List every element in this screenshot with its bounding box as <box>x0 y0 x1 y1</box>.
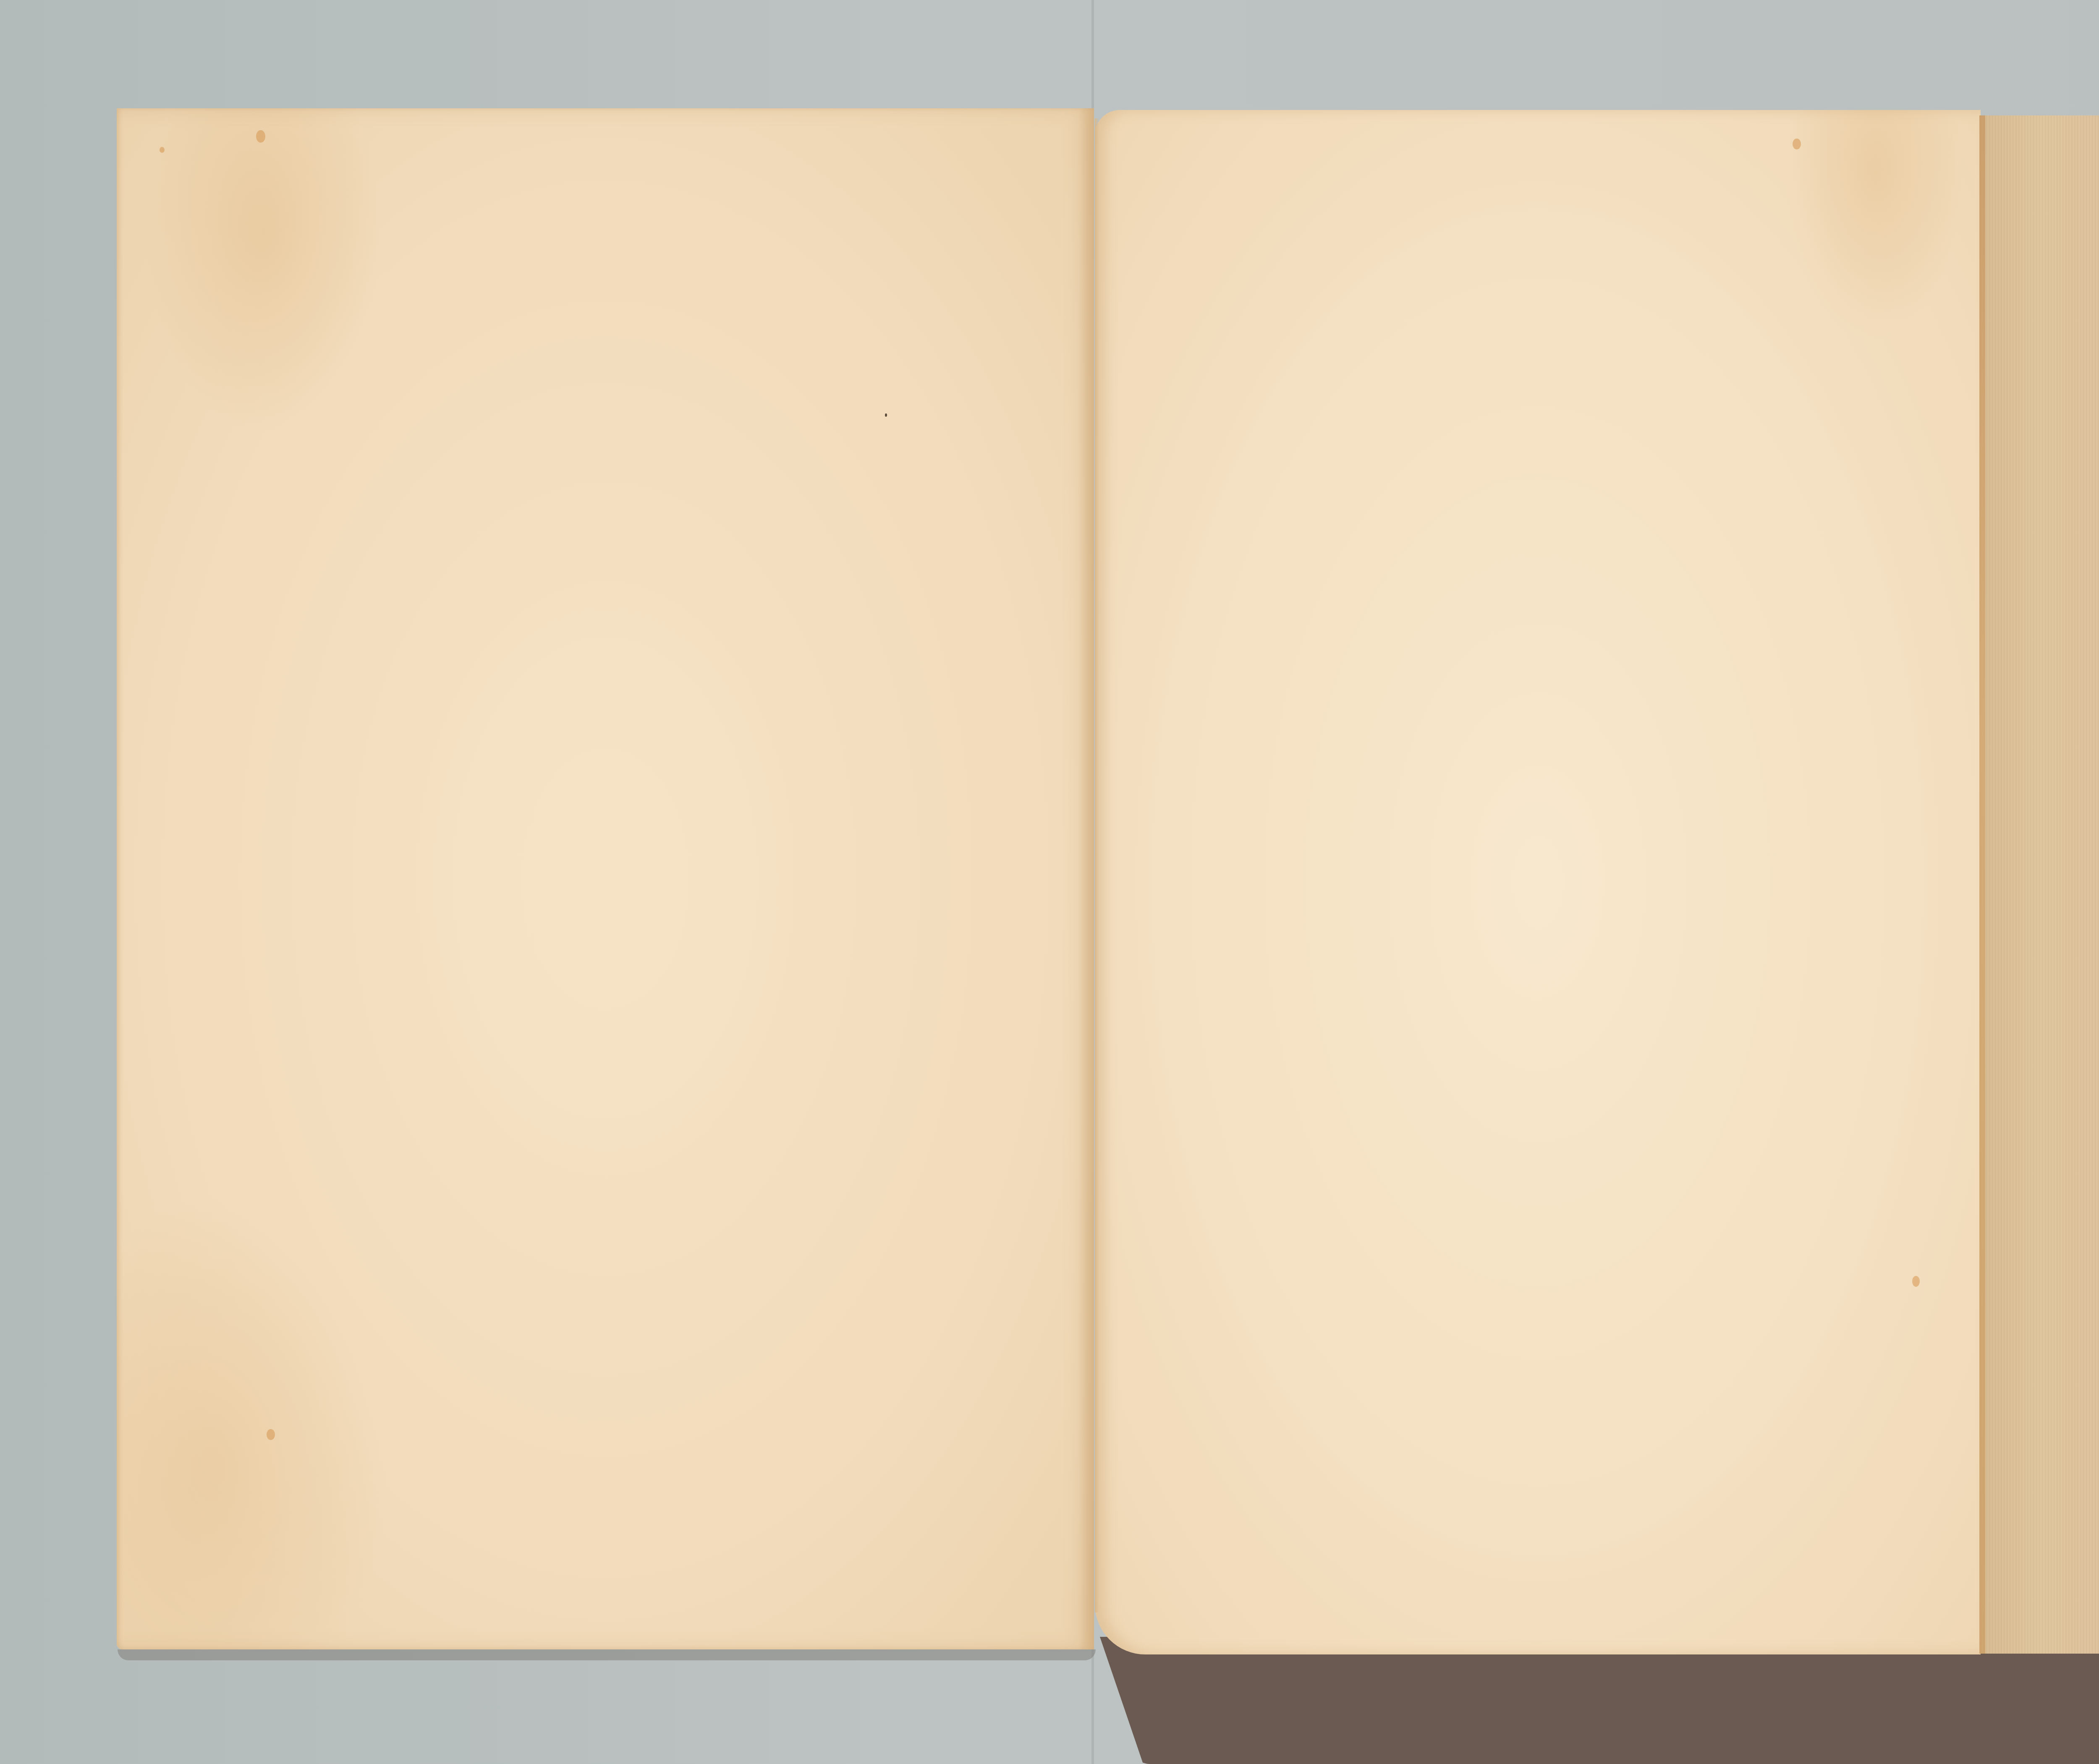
page-block-fore-edge <box>1979 115 2099 1654</box>
foxing-spot <box>267 1429 275 1440</box>
book-block-shadow <box>1100 1637 2099 1764</box>
left-page <box>117 108 1094 1649</box>
fore-edge-stain <box>1979 115 1985 1654</box>
foxing-spot <box>1912 1276 1920 1287</box>
foxing-spot <box>160 147 165 153</box>
foxing-spot <box>1793 139 1801 149</box>
left-page-shadow <box>118 1649 1096 1660</box>
right-page <box>1095 110 1981 1654</box>
right-page-gutter <box>1095 118 1099 1612</box>
left-page-gutter-crease <box>1079 108 1094 1649</box>
foxing-spot <box>885 413 887 417</box>
foxing-spot <box>256 130 265 143</box>
